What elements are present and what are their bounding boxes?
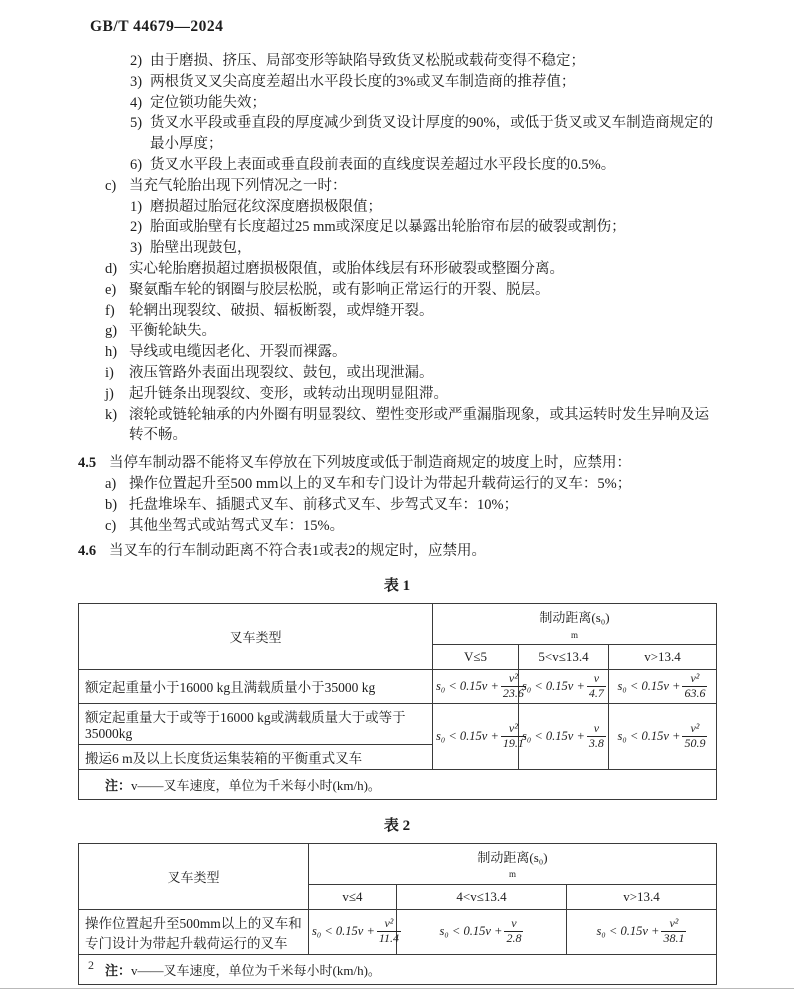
braking-formula: s₀ < 0.15v +v²11.4 [312, 917, 401, 946]
body-content: 2)由于磨损、挤压、局部变形等缺陷导致货叉松脱或载荷变得不稳定； 3)两根货叉叉… [78, 51, 716, 985]
distance-label: 制动距离(s₀) [477, 850, 547, 865]
table1-speed-col-3: v>13.4 [609, 645, 717, 670]
item-number: f) [105, 301, 129, 322]
item-text: 磨损超过胎冠花纹深度磨损极限值； [150, 197, 716, 218]
item-text: 起升链条出现裂纹、变形，或转动出现明显阻滞。 [129, 384, 716, 405]
item-text: 托盘堆垛车、插腿式叉车、前移式叉车、步驾式叉车：10%； [129, 495, 716, 516]
clause-text: 当叉车的行车制动距离不符合表1或表2的规定时，应禁用。 [109, 541, 716, 562]
item-text: 货叉水平段或垂直段的厚度减少到货叉设计厚度的90%，或低于货叉或叉车制造商规定的… [150, 113, 716, 155]
item-number: c) [105, 176, 129, 197]
list-item: 5)货叉水平段或垂直段的厚度减少到货叉设计厚度的90%，或低于货叉或叉车制造商规… [130, 113, 716, 155]
formula-cell: s₀ < 0.15v +v4.7 [519, 670, 609, 704]
page-bottom-rule [0, 988, 794, 989]
item-text: 导线或电缆因老化、开裂而裸露。 [129, 342, 716, 363]
item-number: 5) [130, 113, 150, 155]
list-item: 3)胎壁出现鼓包， [130, 238, 716, 259]
note-label: 注： [105, 778, 131, 793]
list-item: g)平衡轮缺失。 [105, 321, 716, 342]
item-number: e) [105, 280, 129, 301]
item-text: 聚氨酯车轮的钢圈与胶层松脱，或有影响正常运行的开裂、脱层。 [129, 280, 716, 301]
list-item: a)操作位置起升至500 mm以上的叉车和专门设计为带起升载荷运行的叉车：5%； [105, 474, 716, 495]
table2-note-row: 注：v——叉车速度，单位为千米每小时(km/h)。 [79, 954, 717, 984]
table1: 叉车类型 制动距离(s₀)m V≤5 5<v≤13.4 v>13.4 额定起重量… [78, 603, 717, 799]
item-number: 3) [130, 238, 150, 259]
list-item: c)当充气轮胎出现下列情况之一时： [105, 176, 716, 197]
item-number: 2) [130, 51, 150, 72]
list-item: h)导线或电缆因老化、开裂而裸露。 [105, 342, 716, 363]
item-number: j) [105, 384, 129, 405]
braking-formula: s₀ < 0.15v +v²23.6 [436, 672, 526, 701]
distance-unit: m [436, 628, 713, 642]
note-text: v——叉车速度，单位为千米每小时(km/h)。 [131, 778, 381, 793]
table2: 叉车类型 制动距离(s₀)m v≤4 4<v≤13.4 v>13.4 操作位置起… [78, 843, 717, 985]
standard-number: GB/T 44679—2024 [90, 18, 716, 36]
table2-speed-col-2: 4<v≤13.4 [397, 884, 567, 909]
list-item: c)其他坐驾式或站驾式叉车：15%。 [105, 516, 716, 537]
clause-4-6: 4.6当叉车的行车制动距离不符合表1或表2的规定时，应禁用。 [78, 541, 716, 562]
table2-speed-col-3: v>13.4 [567, 884, 717, 909]
item-number: a) [105, 474, 129, 495]
formula-cell: s₀ < 0.15v +v²50.9 [609, 703, 717, 769]
clause-4-5: 4.5当停车制动器不能将叉车停放在下列坡度或低于制造商规定的坡度上时，应禁用： [78, 453, 716, 474]
braking-formula: s₀ < 0.15v +v3.8 [522, 722, 606, 751]
table1-speed-col-2: 5<v≤13.4 [519, 645, 609, 670]
item-number: 1) [130, 197, 150, 218]
table1-row-1: 额定起重量小于16000 kg且满载质量小于35000 kg s₀ < 0.15… [79, 670, 717, 704]
item-number: 4) [130, 93, 150, 114]
list-item: j)起升链条出现裂纹、变形，或转动出现明显阻滞。 [105, 384, 716, 405]
item-text: 胎壁出现鼓包， [150, 238, 716, 259]
table2-speed-col-1: v≤4 [309, 884, 397, 909]
note-text: v——叉车速度，单位为千米每小时(km/h)。 [131, 963, 381, 978]
clause-text: 当停车制动器不能将叉车停放在下列坡度或低于制造商规定的坡度上时，应禁用： [109, 453, 716, 474]
list-item: i)液压管路外表面出现裂纹、鼓包，或出现泄漏。 [105, 363, 716, 384]
braking-formula: s₀ < 0.15v +v²19.1 [436, 722, 526, 751]
truck-type: 操作位置起升至500mm以上的叉车和专门设计为带起升载荷运行的叉车 [79, 909, 309, 954]
item-text: 液压管路外表面出现裂纹、鼓包，或出现泄漏。 [129, 363, 716, 384]
table1-note-row: 注：v——叉车速度，单位为千米每小时(km/h)。 [79, 769, 717, 799]
distance-label: 制动距离(s₀) [539, 610, 609, 625]
braking-formula: s₀ < 0.15v +v2.8 [440, 917, 524, 946]
note-label: 注： [105, 963, 131, 978]
page-number: 2 [88, 958, 94, 973]
table1-header-type: 叉车类型 [79, 604, 433, 670]
item-number: i) [105, 363, 129, 384]
table1-speed-col-1: V≤5 [433, 645, 519, 670]
item-text: 其他坐驾式或站驾式叉车：15%。 [129, 516, 716, 537]
item-number: 6) [130, 155, 150, 176]
item-text: 由于磨损、挤压、局部变形等缺陷导致货叉松脱或载荷变得不稳定； [150, 51, 716, 72]
table2-caption: 表 2 [78, 814, 716, 835]
clause-number: 4.5 [78, 453, 109, 474]
table2-header-type: 叉车类型 [79, 843, 309, 909]
list-item: b)托盘堆垛车、插腿式叉车、前移式叉车、步驾式叉车：10%； [105, 495, 716, 516]
braking-formula: s₀ < 0.15v +v²63.6 [618, 672, 708, 701]
list-item: d)实心轮胎磨损超过磨损极限值，或胎体线层有环形破裂或整圈分离。 [105, 259, 716, 280]
item-number: k) [105, 405, 129, 447]
item-number: g) [105, 321, 129, 342]
item-number: b) [105, 495, 129, 516]
item-text: 定位锁功能失效； [150, 93, 716, 114]
braking-formula: s₀ < 0.15v +v²38.1 [597, 917, 687, 946]
table2-header-distance: 制动距离(s₀)m [309, 843, 717, 884]
table1-header-distance: 制动距离(s₀)m [433, 604, 717, 645]
item-text: 胎面或胎壁有长度超过25 mm或深度足以暴露出轮胎帘布层的破裂或割伤； [150, 217, 716, 238]
truck-type: 搬运6 m及以上长度货运集装箱的平衡重式叉车 [79, 744, 433, 769]
item-text: 操作位置起升至500 mm以上的叉车和专门设计为带起升载荷运行的叉车：5%； [129, 474, 716, 495]
list-item: 4)定位锁功能失效； [130, 93, 716, 114]
table1-row-2: 额定起重量大于或等于16000 kg或满载质量大于或等于35000kg s₀ <… [79, 703, 717, 744]
truck-type: 额定起重量小于16000 kg且满载质量小于35000 kg [79, 670, 433, 704]
list-item: 6)货叉水平段上表面或垂直段前表面的直线度误差超过水平段长度的0.5%。 [130, 155, 716, 176]
formula-cell: s₀ < 0.15v +v²38.1 [567, 909, 717, 954]
table2-row-1: 操作位置起升至500mm以上的叉车和专门设计为带起升载荷运行的叉车 s₀ < 0… [79, 909, 717, 954]
list-item: 3)两根货叉叉尖高度差超出水平段长度的3%或叉车制造商的推荐值； [130, 72, 716, 93]
item-text: 当充气轮胎出现下列情况之一时： [129, 176, 716, 197]
formula-cell: s₀ < 0.15v +v²23.6 [433, 670, 519, 704]
item-number: 3) [130, 72, 150, 93]
item-number: d) [105, 259, 129, 280]
formula-cell: s₀ < 0.15v +v²19.1 [433, 703, 519, 769]
item-text: 滚轮或链轮轴承的内外圈有明显裂纹、塑性变形或严重漏脂现象，或其运转时发生异响及运… [129, 405, 716, 447]
list-item: k)滚轮或链轮轴承的内外圈有明显裂纹、塑性变形或严重漏脂现象，或其运转时发生异响… [105, 405, 716, 447]
braking-formula: s₀ < 0.15v +v4.7 [522, 672, 606, 701]
formula-cell: s₀ < 0.15v +v²11.4 [309, 909, 397, 954]
braking-formula: s₀ < 0.15v +v²50.9 [618, 722, 708, 751]
list-item: f)轮辋出现裂纹、破损、辐板断裂，或焊缝开裂。 [105, 301, 716, 322]
item-number: h) [105, 342, 129, 363]
item-text: 两根货叉叉尖高度差超出水平段长度的3%或叉车制造商的推荐值； [150, 72, 716, 93]
distance-unit: m [312, 867, 713, 881]
item-text: 货叉水平段上表面或垂直段前表面的直线度误差超过水平段长度的0.5%。 [150, 155, 716, 176]
item-text: 实心轮胎磨损超过磨损极限值，或胎体线层有环形破裂或整圈分离。 [129, 259, 716, 280]
truck-type: 额定起重量大于或等于16000 kg或满载质量大于或等于35000kg [79, 703, 433, 744]
list-item: e)聚氨酯车轮的钢圈与胶层松脱，或有影响正常运行的开裂、脱层。 [105, 280, 716, 301]
list-item: 1)磨损超过胎冠花纹深度磨损极限值； [130, 197, 716, 218]
document-page: GB/T 44679—2024 2)由于磨损、挤压、局部变形等缺陷导致货叉松脱或… [0, 0, 794, 991]
item-text: 平衡轮缺失。 [129, 321, 716, 342]
item-text: 轮辋出现裂纹、破损、辐板断裂，或焊缝开裂。 [129, 301, 716, 322]
formula-cell: s₀ < 0.15v +v3.8 [519, 703, 609, 769]
formula-cell: s₀ < 0.15v +v2.8 [397, 909, 567, 954]
clause-number: 4.6 [78, 541, 109, 562]
list-item: 2)胎面或胎壁有长度超过25 mm或深度足以暴露出轮胎帘布层的破裂或割伤； [130, 217, 716, 238]
table1-caption: 表 1 [78, 574, 716, 595]
list-item: 2)由于磨损、挤压、局部变形等缺陷导致货叉松脱或载荷变得不稳定； [130, 51, 716, 72]
item-number: c) [105, 516, 129, 537]
formula-cell: s₀ < 0.15v +v²63.6 [609, 670, 717, 704]
item-number: 2) [130, 217, 150, 238]
